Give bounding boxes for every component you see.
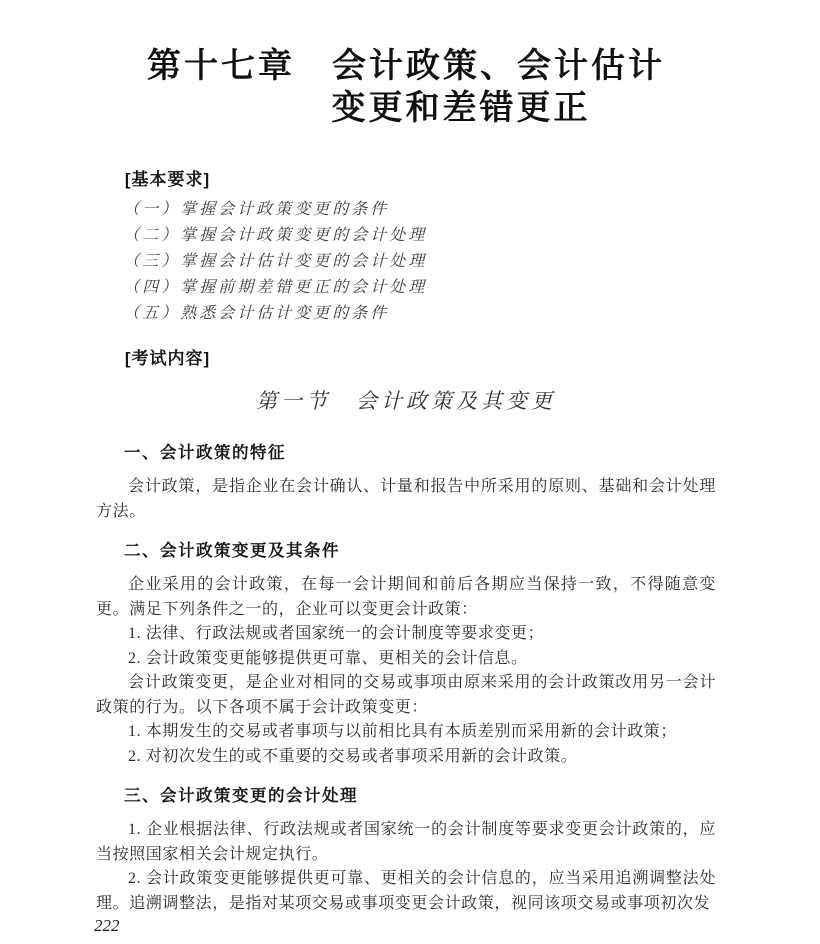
subsection-heading-3: 三、会计政策变更的会计处理: [96, 784, 716, 808]
requirement-item: （五）熟悉会计估计变更的条件: [96, 301, 716, 327]
paragraph: 企业采用的会计政策，在每一会计期间和前后各期应当保持一致，不得随意变更。满足下列…: [96, 573, 716, 622]
numbered-item: 2. 会计政策变更能够提供更可靠、更相关的会计信息。: [96, 647, 716, 672]
requirement-item: （三）掌握会计估计变更的会计处理: [96, 249, 716, 275]
textbook-page: { "chapter": { "title_line1": "第十七章 会计政策…: [0, 0, 820, 944]
paragraph: 会计政策，是指企业在会计确认、计量和报告中所采用的原则、基础和会计处理方法。: [96, 475, 716, 524]
numbered-item: 1. 本期发生的交易或者事项与以前相比具有本质差别而采用新的会计政策；: [96, 720, 716, 745]
exam-content-heading: [考试内容]: [96, 347, 716, 371]
paragraph: 会计政策变更，是企业对相同的交易或事项由原来采用的会计政策改用另一会计政策的行为…: [96, 671, 716, 720]
requirement-item: （一）掌握会计政策变更的条件: [96, 197, 716, 223]
page-number: 222: [94, 914, 120, 938]
subsection-heading-1: 一、会计政策的特征: [96, 441, 716, 465]
requirement-item: （四）掌握前期差错更正的会计处理: [96, 275, 716, 301]
paragraph: 2. 会计政策变更能够提供更可靠、更相关的会计信息的，应当采用追溯调整法处理。追…: [96, 867, 716, 916]
numbered-item: 2. 对初次发生的或不重要的交易或者事项采用新的会计政策。: [96, 745, 716, 770]
chapter-title: 第十七章 会计政策、会计估计 变更和差错更正: [96, 46, 716, 130]
numbered-item: 1. 法律、行政法规或者国家统一的会计制度等要求变更；: [96, 622, 716, 647]
paragraph: 1. 企业根据法律、行政法规或者国家统一的会计制度等要求变更会计政策的，应当按照…: [96, 818, 716, 867]
basic-requirements-list: （一）掌握会计政策变更的条件 （二）掌握会计政策变更的会计处理 （三）掌握会计估…: [96, 197, 716, 327]
page-content-column: 第十七章 会计政策、会计估计 变更和差错更正 [基本要求] （一）掌握会计政策变…: [96, 0, 716, 916]
chapter-title-line2: 变更和差错更正: [151, 88, 771, 130]
subsection-heading-2: 二、会计政策变更及其条件: [96, 539, 716, 563]
requirement-item: （二）掌握会计政策变更的会计处理: [96, 223, 716, 249]
basic-requirements-heading: [基本要求]: [96, 168, 716, 192]
section-title: 第一节 会计政策及其变更: [96, 386, 716, 416]
chapter-title-line1: 第十七章 会计政策、会计估计: [96, 46, 716, 88]
